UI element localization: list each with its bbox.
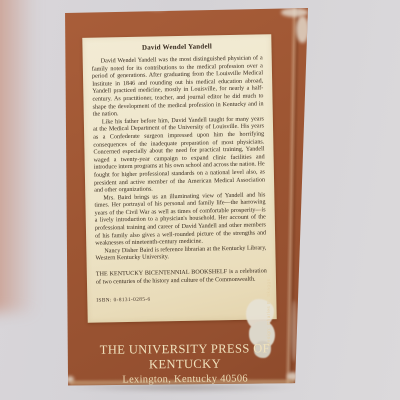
back-cover-text-panel: David Wendel Yandell David Wendel Yandel… [82, 34, 276, 323]
blurb-paragraph-1: David Wendel Yandell was the most distin… [92, 55, 264, 119]
blurb-paragraph-2: Like his father before him, David Yandel… [93, 116, 265, 195]
publisher-name: THE UNIVERSITY PRESS OF KENTUCKY [64, 341, 306, 373]
worn-edge-patch [148, 6, 168, 11]
photo-light-leak [0, 0, 44, 312]
isbn-number: ISBN: 0-8131-0285-6 [96, 295, 267, 304]
book-title: David Wendel Yandell [91, 41, 262, 52]
worn-edge-patch [296, 16, 309, 43]
series-note: THE KENTUCKY BICENTENNIAL BOOKSHELF is a… [96, 268, 267, 286]
author-bio: Nancy Disher Baird is reference libraria… [95, 245, 266, 263]
design-credit: Design: Charles E. Skaggs [266, 279, 271, 346]
blurb-paragraph-3: Mrs. Baird brings us an illuminating vie… [94, 192, 266, 248]
book-shadow [66, 383, 300, 392]
photo-background: David Wendel Yandell David Wendel Yandel… [0, 0, 400, 400]
publisher-imprint: THE UNIVERSITY PRESS OF KENTUCKY Lexingt… [64, 341, 306, 386]
